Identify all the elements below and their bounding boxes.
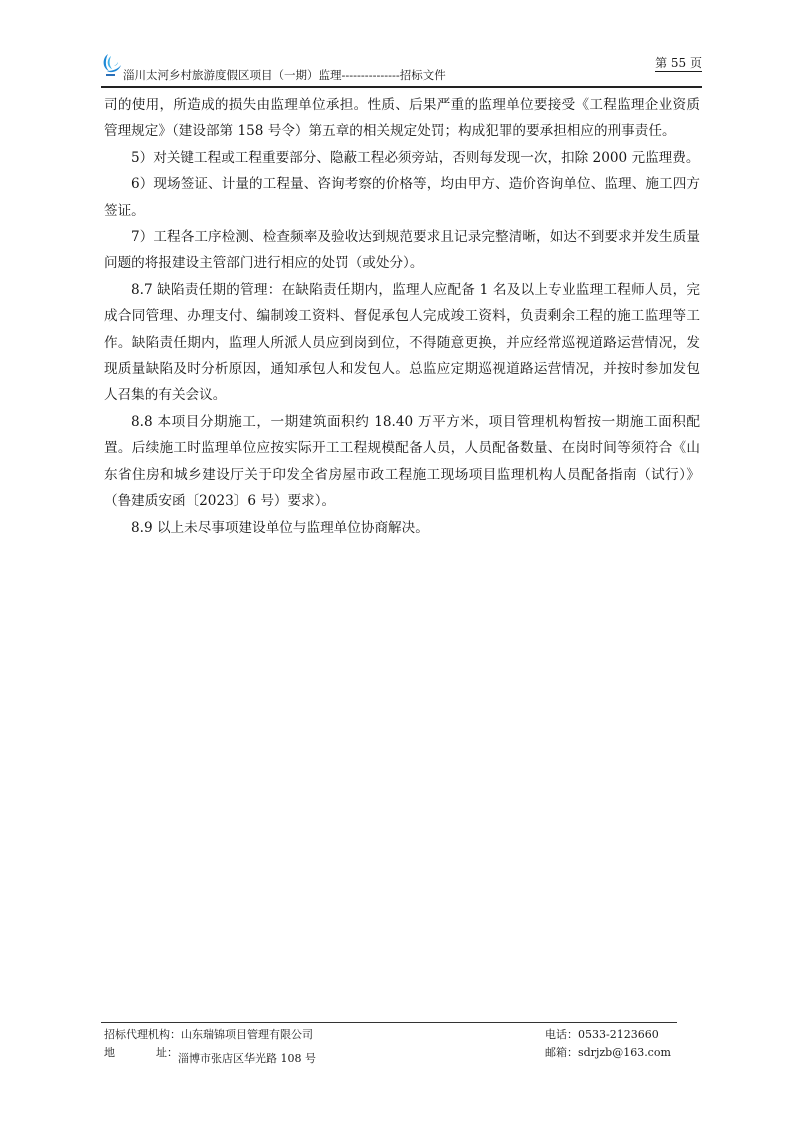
page-header: 淄川太河乡村旅游度假区项目（一期）监理---------------招标文件 第… xyxy=(101,52,702,86)
email-info: 邮箱：sdrjzb@163.com xyxy=(545,1044,671,1062)
footer-row-address: 地址：淄博市张店区华光路 108 号 邮箱：sdrjzb@163.com xyxy=(104,1044,684,1062)
paragraph-item-5: 5）对关键工程或工程重要部分、隐蔽工程必须旁站，否则每发现一次，扣除 2000 … xyxy=(104,145,700,171)
phone-number: 0533-2123660 xyxy=(578,1028,659,1041)
document-page: 淄川太河乡村旅游度假区项目（一期）监理---------------招标文件 第… xyxy=(0,0,793,1122)
paragraph-item-7: 7）工程各工序检测、检查频率及验收达到规范要求且记录完整清晰，如达不到要求并发生… xyxy=(104,224,700,277)
paragraph-section-8-8: 8.8 本项目分期施工，一期建筑面积约 18.40 万平方米，项目管理机构暂按一… xyxy=(104,409,700,515)
agency-label: 招标代理机构： xyxy=(104,1028,181,1041)
footer-divider xyxy=(101,1022,677,1023)
header-divider xyxy=(101,86,702,88)
page-number: 第 55 页 xyxy=(655,56,702,72)
page-footer: 招标代理机构：山东瑞锦项目管理有限公司 电话：0533-2123660 地址：淄… xyxy=(104,1026,684,1062)
paragraph-item-6: 6）现场签证、计量的工程量、咨询考察的价格等，均由甲方、造价咨询单位、监理、施工… xyxy=(104,171,700,224)
email-label: 邮箱： xyxy=(545,1046,578,1059)
address-value: 淄博市张店区华光路 108 号 xyxy=(178,1052,316,1065)
email-address[interactable]: sdrjzb@163.com xyxy=(578,1046,671,1059)
company-logo-icon xyxy=(101,52,123,78)
paragraph-continuation: 司的使用，所造成的损失由监理单位承担。性质、后果严重的监理单位要接受《工程监理企… xyxy=(104,92,700,145)
document-title: 淄川太河乡村旅游度假区项目（一期）监理---------------招标文件 xyxy=(123,68,446,82)
phone-label: 电话： xyxy=(545,1028,578,1041)
phone-info: 电话：0533-2123660 xyxy=(545,1026,659,1044)
agency-info: 招标代理机构：山东瑞锦项目管理有限公司 xyxy=(104,1026,313,1044)
address-info: 地址：淄博市张店区华光路 108 号 xyxy=(104,1044,316,1068)
document-body: 司的使用，所造成的损失由监理单位承担。性质、后果严重的监理单位要接受《工程监理企… xyxy=(104,92,700,541)
address-label: 地址： xyxy=(104,1044,178,1062)
paragraph-section-8-9: 8.9 以上未尽事项建设单位与监理单位协商解决。 xyxy=(104,515,700,541)
agency-name: 山东瑞锦项目管理有限公司 xyxy=(181,1028,313,1041)
footer-row-agency: 招标代理机构：山东瑞锦项目管理有限公司 电话：0533-2123660 xyxy=(104,1026,684,1044)
paragraph-section-8-7: 8.7 缺陷责任期的管理：在缺陷责任期内，监理人应配备 1 名及以上专业监理工程… xyxy=(104,277,700,409)
